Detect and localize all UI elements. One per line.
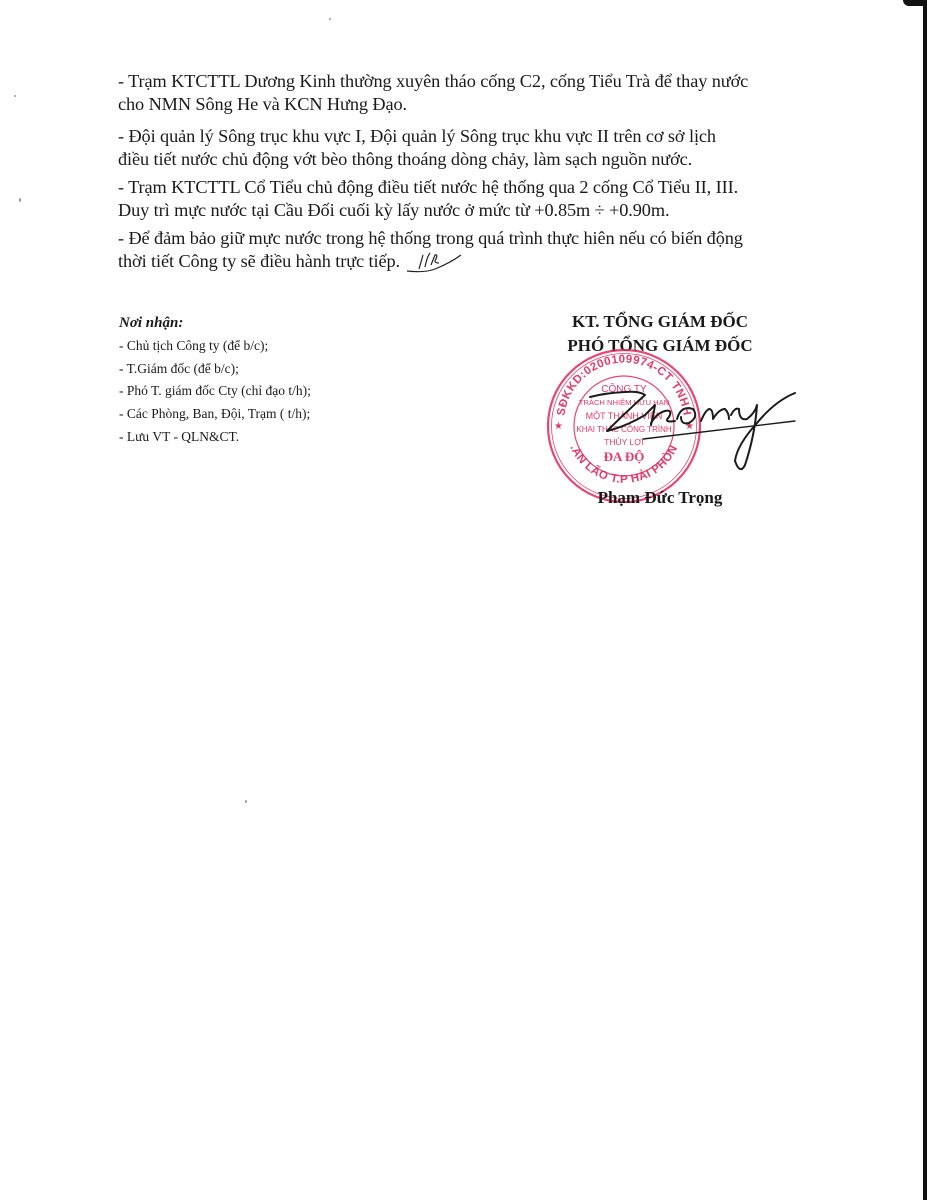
paragraph-song-truc: - Đội quản lý Sông trục khu vực I, Đội q… [118,125,878,170]
paragraph-line-last: thời tiết Công ty sẽ điều hành trực tiếp… [118,250,878,273]
signature-title-line1: KT. TỔNG GIÁM ĐỐC [535,310,785,334]
signer-name: Phạm Đức Trọng [560,488,760,508]
paragraph-line: Duy trì mực nước tại Cầu Đối cuối kỳ lấy… [118,199,878,222]
paragraph-line: - Trạm KTCTTL Dương Kinh thường xuyên th… [118,70,878,93]
recipient-item: - Lưu VT - QLN&CT. [119,426,311,449]
handwritten-signature-icon [585,375,805,475]
recipients-title: Nơi nhận: [119,312,311,335]
initials-mark-icon [405,251,463,273]
recipient-item: - T.Giám đốc (để b/c); [119,358,311,381]
recipient-item: - Các Phòng, Ban, Đội, Trạm ( t/h); [119,403,311,426]
paragraph-line: - Để đảm bảo giữ mực nước trong hệ thống… [118,227,878,250]
scan-speck [329,18,331,20]
scan-speck [245,800,247,803]
paragraph-text: thời tiết Công ty sẽ điều hành trực tiếp… [118,251,400,271]
paragraph-line: - Trạm KTCTTL Cổ Tiểu chủ động điều tiết… [118,176,878,199]
paragraph-line: - Đội quản lý Sông trục khu vực I, Đội q… [118,125,878,148]
paragraph-duong-kinh: - Trạm KTCTTL Dương Kinh thường xuyên th… [118,70,878,115]
scan-speck [14,95,16,97]
paragraph-dam-bao: - Để đảm bảo giữ mực nước trong hệ thống… [118,227,878,273]
recipients-list: Nơi nhận: - Chủ tịch Công ty (để b/c); -… [119,312,311,449]
svg-text:★: ★ [554,421,563,432]
recipient-item: - Chủ tịch Công ty (để b/c); [119,335,311,358]
scan-edge-border [923,6,927,1200]
document-body: - Trạm KTCTTL Dương Kinh thường xuyên th… [118,70,878,279]
recipient-item: - Phó T. giám đốc Cty (chỉ đạo t/h); [119,380,311,403]
paragraph-line: điều tiết nước chủ động vớt bèo thông th… [118,148,878,171]
paragraph-line: cho NMN Sông He và KCN Hưng Đạo. [118,93,878,116]
scan-speck [19,198,21,202]
paragraph-co-tieu: - Trạm KTCTTL Cổ Tiểu chủ động điều tiết… [118,176,878,221]
